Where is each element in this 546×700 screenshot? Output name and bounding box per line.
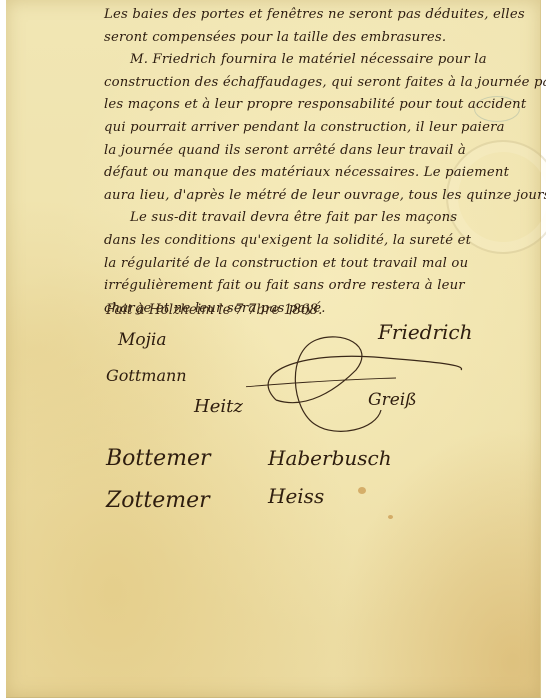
text-line: seront compensées pour la taille des emb… bbox=[104, 27, 544, 50]
document-page: Les baies des portes et fenêtres ne sero… bbox=[6, 0, 541, 698]
text-line: la journée quand ils seront arrêté dans … bbox=[104, 140, 544, 163]
text-line: les maçons et à leur propre responsabili… bbox=[104, 94, 544, 117]
text-line: défaut ou manque des matériaux nécessair… bbox=[104, 162, 544, 185]
text-line: irrégulièrement fait ou fait sans ordre … bbox=[104, 275, 544, 298]
signature-zottemer: Zottemer bbox=[106, 488, 210, 513]
signature-mojia: Mojia bbox=[118, 330, 167, 350]
signature-haberbusch: Haberbusch bbox=[268, 446, 392, 470]
text-line: M. Friedrich fournira le matériel nécess… bbox=[104, 49, 544, 72]
text-line: Le sus-dit travail devra être fait par l… bbox=[104, 207, 544, 230]
document-body: Les baies des portes et fenêtres ne sero… bbox=[104, 4, 544, 320]
stain bbox=[358, 487, 366, 494]
signature-heitz: Heitz bbox=[194, 396, 243, 417]
text-line: la régularité de la construction et tout… bbox=[104, 253, 544, 276]
date-line: Fait à Holzheim le 7 7bre 1868. bbox=[106, 302, 322, 318]
signature-heiss: Heiss bbox=[268, 484, 324, 508]
text-line: construction des échaffaudages, qui sero… bbox=[104, 72, 544, 95]
signature-gottmann: Gottmann bbox=[106, 366, 187, 385]
signature-bottemer: Bottemer bbox=[106, 446, 211, 471]
signature-flourish bbox=[246, 330, 476, 440]
text-line: Les baies des portes et fenêtres ne sero… bbox=[104, 4, 544, 27]
text-line: qui pourrait arriver pendant la construc… bbox=[104, 117, 544, 140]
stain bbox=[388, 515, 393, 519]
text-line: dans les conditions qu'exigent la solidi… bbox=[104, 230, 544, 253]
text-line: aura lieu, d'après le métré de leur ouvr… bbox=[104, 185, 544, 208]
